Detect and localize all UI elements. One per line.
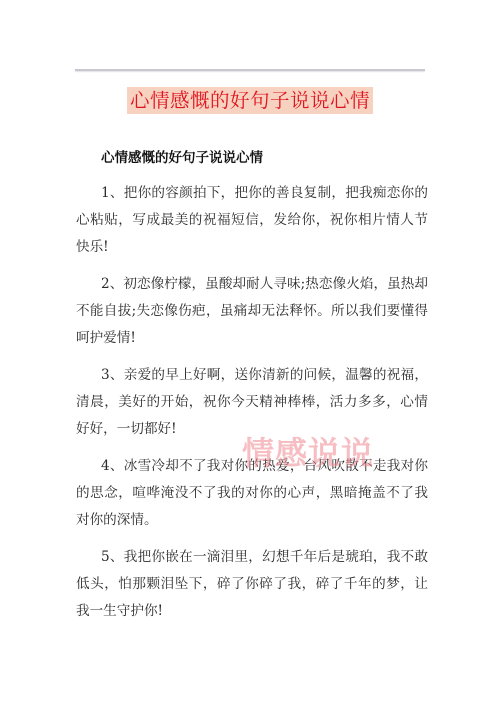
paragraph-2: 2、初恋像柠檬，虽酸却耐人寻味;热恋像火焰，虽热却不能自拔;失恋像伤疤，虽痛却无… xyxy=(76,271,428,352)
paragraph-5: 5、我把你嵌在一滴泪里，幻想千年后是琥珀，我不敢低头，怕那颗泪坠下，碎了你碎了我… xyxy=(76,544,428,625)
document-page: 心情感慨的好句子说说心情 心情感慨的好句子说说心情 1、把你的容颜拍下，把你的善… xyxy=(0,0,500,708)
article-body: 1、把你的容颜拍下，把你的善良复制，把我痴恋你的心粘贴，写成最美的祝福短信，发给… xyxy=(76,180,428,635)
title-container: 心情感慨的好句子说说心情 xyxy=(0,87,500,114)
header-divider xyxy=(75,69,425,71)
paragraph-1: 1、把你的容颜拍下，把你的善良复制，把我痴恋你的心粘贴，写成最美的祝福短信，发给… xyxy=(76,180,428,261)
section-heading: 心情感慨的好句子说说心情 xyxy=(101,148,263,168)
paragraph-3: 3、亲爱的早上好啊，送你清新的问候，温馨的祝福，清晨，美好的开始，祝你今天精神棒… xyxy=(76,362,428,443)
paragraph-4: 4、冰雪冷却不了我对你的热爱，台风吹散不走我对你的思念，喧哗淹没不了我的对你的心… xyxy=(76,453,428,534)
page-title: 心情感慨的好句子说说心情 xyxy=(127,87,373,114)
